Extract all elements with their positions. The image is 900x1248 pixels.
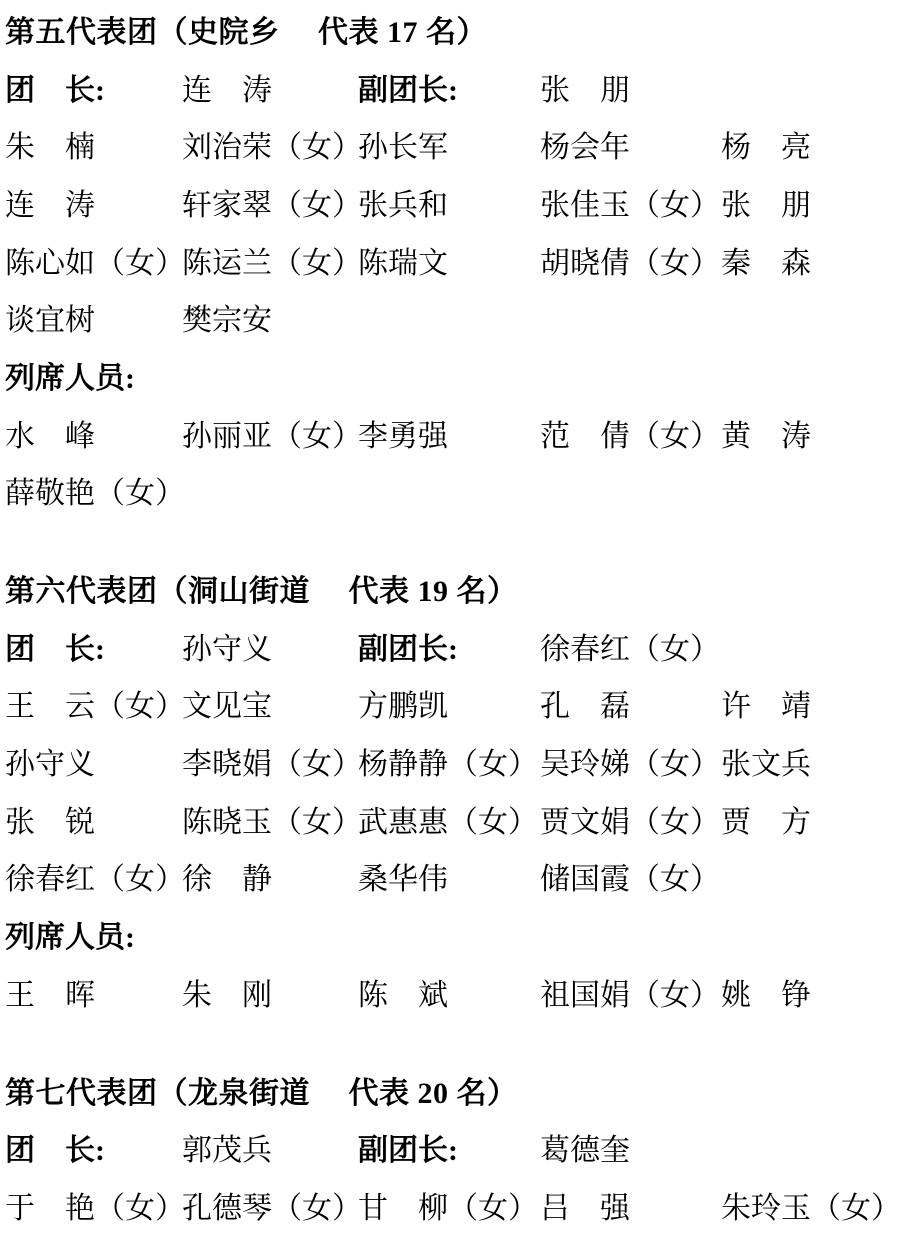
observers-label: 列席人员: (5, 353, 135, 397)
member-name: 连 涛 (5, 180, 182, 224)
member-name: 贾 方 (721, 797, 900, 841)
section-title: 第五代表团（史院乡 代表 17 名） (5, 7, 487, 51)
member-name: 于 艳（女） (5, 1183, 182, 1227)
document-page: 第五代表团（史院乡 代表 17 名） 团 长: 连 涛 副团长: 张 朋 朱 楠… (0, 0, 900, 1248)
member-name: 王 云（女） (5, 681, 182, 725)
observers-header-row: 列席人员: (0, 346, 900, 404)
deputy-leader-name: 徐春红（女） (540, 624, 721, 668)
member-name: 谈宜树 (5, 295, 182, 339)
member-row: 朱 楠 刘治荣（女） 孙长军 杨会年 杨 亮 (0, 115, 900, 173)
deputy-leader-label: 副团长: (358, 1125, 540, 1169)
delegation-section-5: 第五代表团（史院乡 代表 17 名） 团 长: 连 涛 副团长: 张 朋 朱 楠… (0, 0, 900, 519)
deputy-leader-name: 张 朋 (540, 65, 721, 109)
leader-label: 团 长: (5, 1125, 182, 1169)
member-name: 张佳玉（女） (540, 180, 721, 224)
member-name: 胡晓倩（女） (540, 238, 721, 282)
observer-name: 朱 刚 (182, 970, 358, 1014)
member-name: 徐春红（女） (5, 854, 182, 898)
member-name: 朱 楠 (5, 122, 182, 166)
deputy-leader-name: 葛德奎 (540, 1125, 721, 1169)
member-name: 张文兵 (721, 739, 900, 783)
section-header-row: 第五代表团（史院乡 代表 17 名） (0, 0, 900, 58)
observer-name: 孙丽亚（女） (182, 411, 358, 455)
member-name: 杨静静（女） (358, 739, 540, 783)
deputy-leader-label: 副团长: (358, 65, 540, 109)
member-name: 孔 磊 (540, 681, 721, 725)
observer-name: 黄 涛 (721, 411, 900, 455)
observer-name: 陈 斌 (358, 970, 540, 1014)
observers-label: 列席人员: (5, 912, 135, 956)
member-name: 杨会年 (540, 122, 721, 166)
observer-row: 水 峰 孙丽亚（女） 李勇强 范 倩（女） 黄 涛 (0, 404, 900, 462)
member-name: 吕 强 (540, 1183, 721, 1227)
observer-name: 范 倩（女） (540, 411, 721, 455)
member-name: 张 锐 (5, 797, 182, 841)
member-row: 陈心如（女） 陈运兰（女） 陈瑞文 胡晓倩（女） 秦 森 (0, 231, 900, 289)
member-row: 王 云（女） 文见宝 方鹏凯 孔 磊 许 靖 (0, 675, 900, 733)
member-name: 桑华伟 (358, 854, 540, 898)
observer-name: 王 晖 (5, 970, 182, 1014)
section-title: 第六代表团（洞山街道 代表 19 名） (5, 566, 518, 610)
member-name: 刘治荣（女） (182, 122, 358, 166)
observers-header-row: 列席人员: (0, 905, 900, 963)
member-row: 于 艳（女） 孔德琴（女） 甘 柳（女） 吕 强 朱玲玉（女） (0, 1176, 900, 1234)
member-name: 轩家翠（女） (182, 180, 358, 224)
member-name: 张兵和 (358, 180, 540, 224)
member-name: 李晓娟（女） (182, 739, 358, 783)
member-row: 连 涛 轩家翠（女） 张兵和 张佳玉（女） 张 朋 (0, 173, 900, 231)
deputy-leader-label: 副团长: (358, 624, 540, 668)
leader-label: 团 长: (5, 65, 182, 109)
member-name: 陈运兰（女） (182, 238, 358, 282)
section-title: 第七代表团（龙泉街道 代表 20 名） (5, 1068, 518, 1112)
delegation-section-7: 第七代表团（龙泉街道 代表 20 名） 团 长: 郭茂兵 副团长: 葛德奎 于 … (0, 1061, 900, 1234)
leader-name: 郭茂兵 (182, 1125, 358, 1169)
member-name: 陈心如（女） (5, 238, 182, 282)
delegation-section-6: 第六代表团（洞山街道 代表 19 名） 团 长: 孙守义 副团长: 徐春红（女）… (0, 559, 900, 1021)
member-name: 樊宗安 (182, 295, 358, 339)
member-name: 孙守义 (5, 739, 182, 783)
member-name: 文见宝 (182, 681, 358, 725)
member-row: 徐春红（女） 徐 静 桑华伟 储国霞（女） (0, 848, 900, 906)
member-row: 孙守义 李晓娟（女） 杨静静（女） 吴玲娣（女） 张文兵 (0, 732, 900, 790)
member-name: 储国霞（女） (540, 854, 721, 898)
leader-name: 连 涛 (182, 65, 358, 109)
leaders-row: 团 长: 郭茂兵 副团长: 葛德奎 (0, 1118, 900, 1176)
observer-row: 王 晖 朱 刚 陈 斌 祖国娟（女） 姚 铮 (0, 963, 900, 1021)
member-name: 甘 柳（女） (358, 1183, 540, 1227)
leaders-row: 团 长: 孙守义 副团长: 徐春红（女） (0, 617, 900, 675)
member-name: 徐 静 (182, 854, 358, 898)
member-name: 方鹏凯 (358, 681, 540, 725)
member-name: 秦 森 (721, 238, 900, 282)
section-header-row: 第六代表团（洞山街道 代表 19 名） (0, 559, 900, 617)
observer-row: 薛敬艳（女） (0, 462, 900, 520)
observer-name: 祖国娟（女） (540, 970, 721, 1014)
member-name: 武惠惠（女） (358, 797, 540, 841)
member-name: 朱玲玉（女） (721, 1183, 900, 1227)
member-row: 谈宜树 樊宗安 (0, 288, 900, 346)
member-name: 张 朋 (721, 180, 900, 224)
member-name: 孙长军 (358, 122, 540, 166)
member-name: 贾文娟（女） (540, 797, 721, 841)
observer-name: 薛敬艳（女） (5, 468, 182, 512)
member-name: 杨 亮 (721, 122, 900, 166)
member-name: 陈晓玉（女） (182, 797, 358, 841)
member-name: 许 靖 (721, 681, 900, 725)
leaders-row: 团 长: 连 涛 副团长: 张 朋 (0, 58, 900, 116)
observer-name: 李勇强 (358, 411, 540, 455)
member-name: 陈瑞文 (358, 238, 540, 282)
section-header-row: 第七代表团（龙泉街道 代表 20 名） (0, 1061, 900, 1119)
observer-name: 水 峰 (5, 411, 182, 455)
member-name: 孔德琴（女） (182, 1183, 358, 1227)
member-name: 吴玲娣（女） (540, 739, 721, 783)
observer-name: 姚 铮 (721, 970, 900, 1014)
member-row: 张 锐 陈晓玉（女） 武惠惠（女） 贾文娟（女） 贾 方 (0, 790, 900, 848)
leader-label: 团 长: (5, 624, 182, 668)
leader-name: 孙守义 (182, 624, 358, 668)
